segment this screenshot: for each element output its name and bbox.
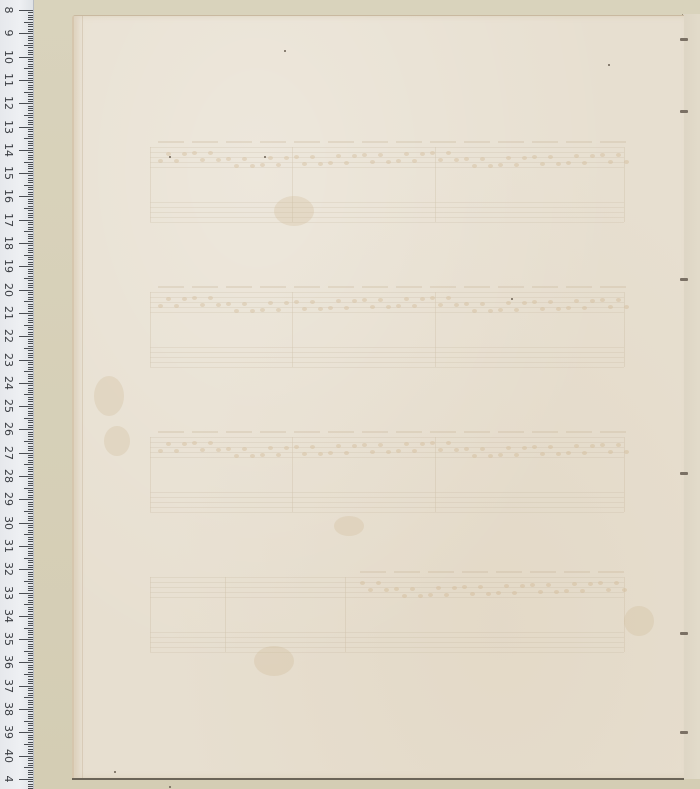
note-head xyxy=(226,302,231,306)
note-head xyxy=(624,450,629,454)
note-head xyxy=(430,151,435,155)
paper-stain xyxy=(334,516,364,536)
barline xyxy=(345,577,346,652)
ruler-tick xyxy=(19,173,33,174)
note-head xyxy=(302,452,307,456)
barline xyxy=(435,147,436,222)
note-head xyxy=(250,454,255,458)
ruler-tick xyxy=(28,271,33,272)
note-head xyxy=(276,308,281,312)
staff-line xyxy=(150,457,624,458)
ruler-label: 15 xyxy=(1,166,15,180)
note-head xyxy=(268,156,273,160)
ruler-tick xyxy=(28,422,33,423)
barline xyxy=(150,147,151,222)
ruler-tick xyxy=(28,618,33,619)
ruler-tick xyxy=(24,371,33,372)
ruler-tick xyxy=(28,17,33,18)
ruler-tick xyxy=(24,441,33,442)
beam xyxy=(328,286,354,288)
ruler-tick xyxy=(28,194,33,195)
beam xyxy=(566,286,592,288)
note-head xyxy=(310,445,315,449)
ruler-label: 33 xyxy=(1,586,15,600)
ruler-tick xyxy=(28,404,33,405)
staff-line xyxy=(150,217,624,218)
note-head xyxy=(294,445,299,449)
note-head xyxy=(566,161,571,165)
beam xyxy=(600,286,626,288)
ruler-tick xyxy=(28,94,33,95)
note-head xyxy=(446,441,451,445)
ruler-tick xyxy=(28,495,33,496)
ruler-tick xyxy=(28,15,33,16)
paper-stain xyxy=(624,606,654,636)
ruler-tick xyxy=(28,145,33,146)
note-head xyxy=(216,158,221,162)
note-head xyxy=(328,161,333,165)
ruler-tick xyxy=(24,651,33,652)
note-head xyxy=(498,308,503,312)
note-head xyxy=(336,444,341,448)
beam xyxy=(260,141,286,143)
ruler-label: 34 xyxy=(1,609,15,623)
ruler-tick xyxy=(28,737,33,738)
ruler-tick xyxy=(28,353,33,354)
ruler-tick xyxy=(28,357,33,358)
beam xyxy=(362,286,388,288)
ruler-tick xyxy=(28,565,33,566)
ruler-tick xyxy=(28,66,33,67)
ruler-tick xyxy=(28,276,33,277)
staff-line xyxy=(150,502,624,503)
staff-line xyxy=(150,152,624,153)
beam xyxy=(192,286,218,288)
ruler-tick xyxy=(28,269,33,270)
beam xyxy=(464,141,490,143)
ruler-tick xyxy=(28,50,33,51)
staff-line xyxy=(150,647,624,648)
ruler-tick xyxy=(19,453,33,454)
ruler-tick xyxy=(28,203,33,204)
staff-line xyxy=(150,212,624,213)
ruler-tick xyxy=(24,22,33,23)
note-head xyxy=(208,151,213,155)
ruler-tick xyxy=(28,735,33,736)
note-head xyxy=(276,163,281,167)
ruler-tick xyxy=(24,488,33,489)
ruler-tick xyxy=(28,199,33,200)
note-head xyxy=(336,154,341,158)
ruler-tick xyxy=(28,168,33,169)
staff-line xyxy=(150,652,624,653)
ruler-label: 9 xyxy=(1,26,15,40)
ruler-tick xyxy=(28,99,33,100)
ruler-tick xyxy=(19,243,33,244)
ruler-tick xyxy=(28,364,33,365)
note-head xyxy=(294,300,299,304)
ruler-tick xyxy=(28,436,33,437)
ruler-tick xyxy=(28,446,33,447)
ruler-tick xyxy=(28,12,33,13)
ruler-tick xyxy=(19,103,33,104)
note-head xyxy=(554,590,559,594)
ruler-label: 36 xyxy=(1,655,15,669)
beam xyxy=(430,141,456,143)
ruler-tick xyxy=(28,227,33,228)
ruler-tick xyxy=(28,117,33,118)
beam xyxy=(360,571,386,573)
ruler-tick xyxy=(19,150,33,151)
ruler-tick xyxy=(28,388,33,389)
ruler-tick xyxy=(19,383,33,384)
ruler-tick xyxy=(28,322,33,323)
note-head xyxy=(566,451,571,455)
beam xyxy=(532,141,558,143)
note-head xyxy=(404,442,409,446)
note-head xyxy=(284,446,289,450)
ruler-tick xyxy=(28,481,33,482)
ruler-label: 28 xyxy=(1,469,15,483)
note-head xyxy=(200,303,205,307)
ruler-tick xyxy=(24,115,33,116)
note-head xyxy=(478,585,483,589)
paper-speck xyxy=(608,64,610,66)
ruler-tick xyxy=(28,152,33,153)
ruler-tick xyxy=(24,68,33,69)
ruler-tick xyxy=(28,632,33,633)
beam xyxy=(532,431,558,433)
ruler-tick xyxy=(28,513,33,514)
note-head xyxy=(418,594,423,598)
note-head xyxy=(616,443,621,447)
ruler-tick xyxy=(28,457,33,458)
note-head xyxy=(268,301,273,305)
ruler-tick xyxy=(28,113,33,114)
note-head xyxy=(572,582,577,586)
show-through-music-system xyxy=(150,569,624,659)
ruler-tick xyxy=(28,327,33,328)
ruler-tick xyxy=(28,413,33,414)
ruler-tick xyxy=(28,54,33,55)
ruler-tick xyxy=(28,725,33,726)
note-head xyxy=(614,581,619,585)
ruler-tick xyxy=(24,721,33,722)
ruler-tick xyxy=(24,534,33,535)
note-head xyxy=(318,307,323,311)
ruler-tick xyxy=(28,644,33,645)
note-head xyxy=(396,449,401,453)
barline xyxy=(150,577,151,652)
ruler-tick xyxy=(28,474,33,475)
note-head xyxy=(182,152,187,156)
note-head xyxy=(488,454,493,458)
ruler-label: 32 xyxy=(1,562,15,576)
beam xyxy=(294,431,320,433)
ruler-tick xyxy=(28,646,33,647)
note-head xyxy=(548,445,553,449)
ruler-tick xyxy=(28,71,33,72)
ruler-tick xyxy=(24,511,33,512)
ruler-label: 26 xyxy=(1,422,15,436)
note-head xyxy=(470,592,475,596)
ruler-tick xyxy=(28,625,33,626)
ruler-tick xyxy=(28,96,33,97)
beam xyxy=(598,571,624,573)
paper-stain xyxy=(274,196,314,226)
ruler-tick xyxy=(28,343,33,344)
ruler-tick xyxy=(28,257,33,258)
staff-line xyxy=(150,207,624,208)
note-head xyxy=(540,307,545,311)
ruler-tick xyxy=(28,182,33,183)
note-head xyxy=(192,441,197,445)
ruler-tick xyxy=(28,567,33,568)
paper-speck xyxy=(511,298,513,300)
ruler-tick xyxy=(28,763,33,764)
note-head xyxy=(498,163,503,167)
note-head xyxy=(192,296,197,300)
ruler-tick xyxy=(24,92,33,93)
ruler-tick xyxy=(24,744,33,745)
ruler-tick xyxy=(28,562,33,563)
beam xyxy=(226,141,252,143)
staff-line xyxy=(150,592,624,593)
ruler-tick xyxy=(28,443,33,444)
ruler-tick xyxy=(24,767,33,768)
ruler-tick xyxy=(28,448,33,449)
note-head xyxy=(514,453,519,457)
ruler-tick xyxy=(28,89,33,90)
note-head xyxy=(174,304,179,308)
note-head xyxy=(378,298,383,302)
beam xyxy=(498,141,524,143)
ruler-tick xyxy=(28,758,33,759)
ruler-tick xyxy=(28,374,33,375)
ruler-tick xyxy=(28,665,33,666)
ruler-tick xyxy=(24,231,33,232)
ruler-tick xyxy=(28,560,33,561)
note-head xyxy=(608,305,613,309)
note-head xyxy=(496,591,501,595)
note-head xyxy=(226,447,231,451)
ruler-tick xyxy=(28,24,33,25)
ruler-tick xyxy=(28,634,33,635)
ruler-tick xyxy=(28,583,33,584)
note-head xyxy=(260,163,265,167)
ruler-tick xyxy=(28,262,33,263)
staff-line xyxy=(150,367,624,368)
note-head xyxy=(352,154,357,158)
ruler-tick xyxy=(28,59,33,60)
ruler-tick xyxy=(28,497,33,498)
ruler-tick xyxy=(28,746,33,747)
ruler-tick xyxy=(19,662,33,663)
note-head xyxy=(504,584,509,588)
note-head xyxy=(472,309,477,313)
note-head xyxy=(276,453,281,457)
ruler-tick xyxy=(28,369,33,370)
note-head xyxy=(616,298,621,302)
note-head xyxy=(538,590,543,594)
note-head xyxy=(488,164,493,168)
beam xyxy=(464,286,490,288)
ruler-tick xyxy=(28,648,33,649)
note-head xyxy=(574,444,579,448)
ruler-tick xyxy=(28,283,33,284)
ruler-tick xyxy=(28,553,33,554)
ruler-tick xyxy=(28,516,33,517)
staff-line xyxy=(150,147,624,148)
ruler-tick xyxy=(28,786,33,787)
ruler-tick xyxy=(28,700,33,701)
ruler-tick xyxy=(28,171,33,172)
ruler-tick xyxy=(28,637,33,638)
ruler-tick xyxy=(28,432,33,433)
note-head xyxy=(294,155,299,159)
ruler-tick xyxy=(28,397,33,398)
note-head xyxy=(574,299,579,303)
ruler-tick xyxy=(19,686,33,687)
note-head xyxy=(454,303,459,307)
ruler-tick xyxy=(28,40,33,41)
ruler-tick xyxy=(28,681,33,682)
note-head xyxy=(512,591,517,595)
ruler-tick xyxy=(19,499,33,500)
note-head xyxy=(556,307,561,311)
ruler-tick xyxy=(28,311,33,312)
ruler-tick xyxy=(19,80,33,81)
ruler-tick xyxy=(28,29,33,30)
note-head xyxy=(386,160,391,164)
ruler-label: 10 xyxy=(1,50,15,64)
note-head xyxy=(166,442,171,446)
ruler-tick xyxy=(24,418,33,419)
ruler-tick xyxy=(28,623,33,624)
ruler-tick xyxy=(24,301,33,302)
note-head xyxy=(506,446,511,450)
note-head xyxy=(564,589,569,593)
ruler-tick xyxy=(28,101,33,102)
note-head xyxy=(624,160,629,164)
barline xyxy=(624,147,625,222)
note-head xyxy=(464,157,469,161)
staff-line xyxy=(150,222,624,223)
ruler-tick xyxy=(28,434,33,435)
ruler-tick xyxy=(28,753,33,754)
barline xyxy=(435,292,436,367)
ruler-tick xyxy=(28,106,33,107)
barline xyxy=(624,437,625,512)
ruler-tick xyxy=(28,749,33,750)
note-head xyxy=(318,162,323,166)
barline xyxy=(150,292,151,367)
ruler-tick xyxy=(24,674,33,675)
ruler-tick xyxy=(28,467,33,468)
ruler-tick xyxy=(28,134,33,135)
beam xyxy=(498,431,524,433)
ruler-tick xyxy=(28,760,33,761)
ruler-tick xyxy=(28,155,33,156)
note-head xyxy=(182,297,187,301)
note-head xyxy=(454,448,459,452)
ruler-tick xyxy=(28,294,33,295)
ruler-tick xyxy=(19,709,33,710)
beam xyxy=(564,571,590,573)
beam xyxy=(158,431,184,433)
ruler-tick xyxy=(28,492,33,493)
beam xyxy=(158,286,184,288)
note-head xyxy=(352,444,357,448)
note-head xyxy=(242,302,247,306)
note-head xyxy=(546,583,551,587)
ruler-tick xyxy=(28,781,33,782)
staff-line xyxy=(150,577,624,578)
ruler-label: 8 xyxy=(1,3,15,17)
ruler-tick xyxy=(28,236,33,237)
note-head xyxy=(362,443,367,447)
beam xyxy=(226,286,252,288)
beam xyxy=(600,141,626,143)
beam xyxy=(428,571,454,573)
note-head xyxy=(362,298,367,302)
ruler-tick xyxy=(28,588,33,589)
note-head xyxy=(226,157,231,161)
note-head xyxy=(208,441,213,445)
staff-line xyxy=(150,632,624,633)
beam xyxy=(294,286,320,288)
beam xyxy=(462,571,488,573)
binding-stitch xyxy=(680,632,688,635)
beam xyxy=(226,431,252,433)
ruler-label: 14 xyxy=(1,143,15,157)
ruler-label: 12 xyxy=(1,96,15,110)
ruler-tick xyxy=(28,655,33,656)
ruler-tick xyxy=(19,10,33,11)
ruler-label: 4 xyxy=(1,772,15,786)
note-head xyxy=(344,451,349,455)
beam xyxy=(566,431,592,433)
ruler-tick xyxy=(28,751,33,752)
ruler-tick xyxy=(28,31,33,32)
ruler-tick xyxy=(28,590,33,591)
binding-stitch xyxy=(680,731,688,734)
ruler-tick xyxy=(28,730,33,731)
note-head xyxy=(352,299,357,303)
ruler-tick xyxy=(24,162,33,163)
staff-line xyxy=(150,202,624,203)
staff-line xyxy=(150,582,624,583)
ruler-tick xyxy=(19,290,33,291)
ruler-tick xyxy=(19,732,33,733)
ruler-tick xyxy=(28,693,33,694)
ruler-tick xyxy=(24,325,33,326)
ruler-tick xyxy=(19,127,33,128)
note-head xyxy=(234,309,239,313)
ruler-tick xyxy=(28,129,33,130)
ruler-tick xyxy=(19,476,33,477)
ruler-label: 24 xyxy=(1,376,15,390)
note-head xyxy=(200,448,205,452)
ruler-tick xyxy=(19,639,33,640)
ruler-tick xyxy=(28,381,33,382)
ruler-tick xyxy=(28,597,33,598)
note-head xyxy=(344,161,349,165)
beam xyxy=(600,431,626,433)
note-head xyxy=(420,152,425,156)
ruler-tick xyxy=(28,539,33,540)
ruler-tick xyxy=(28,520,33,521)
